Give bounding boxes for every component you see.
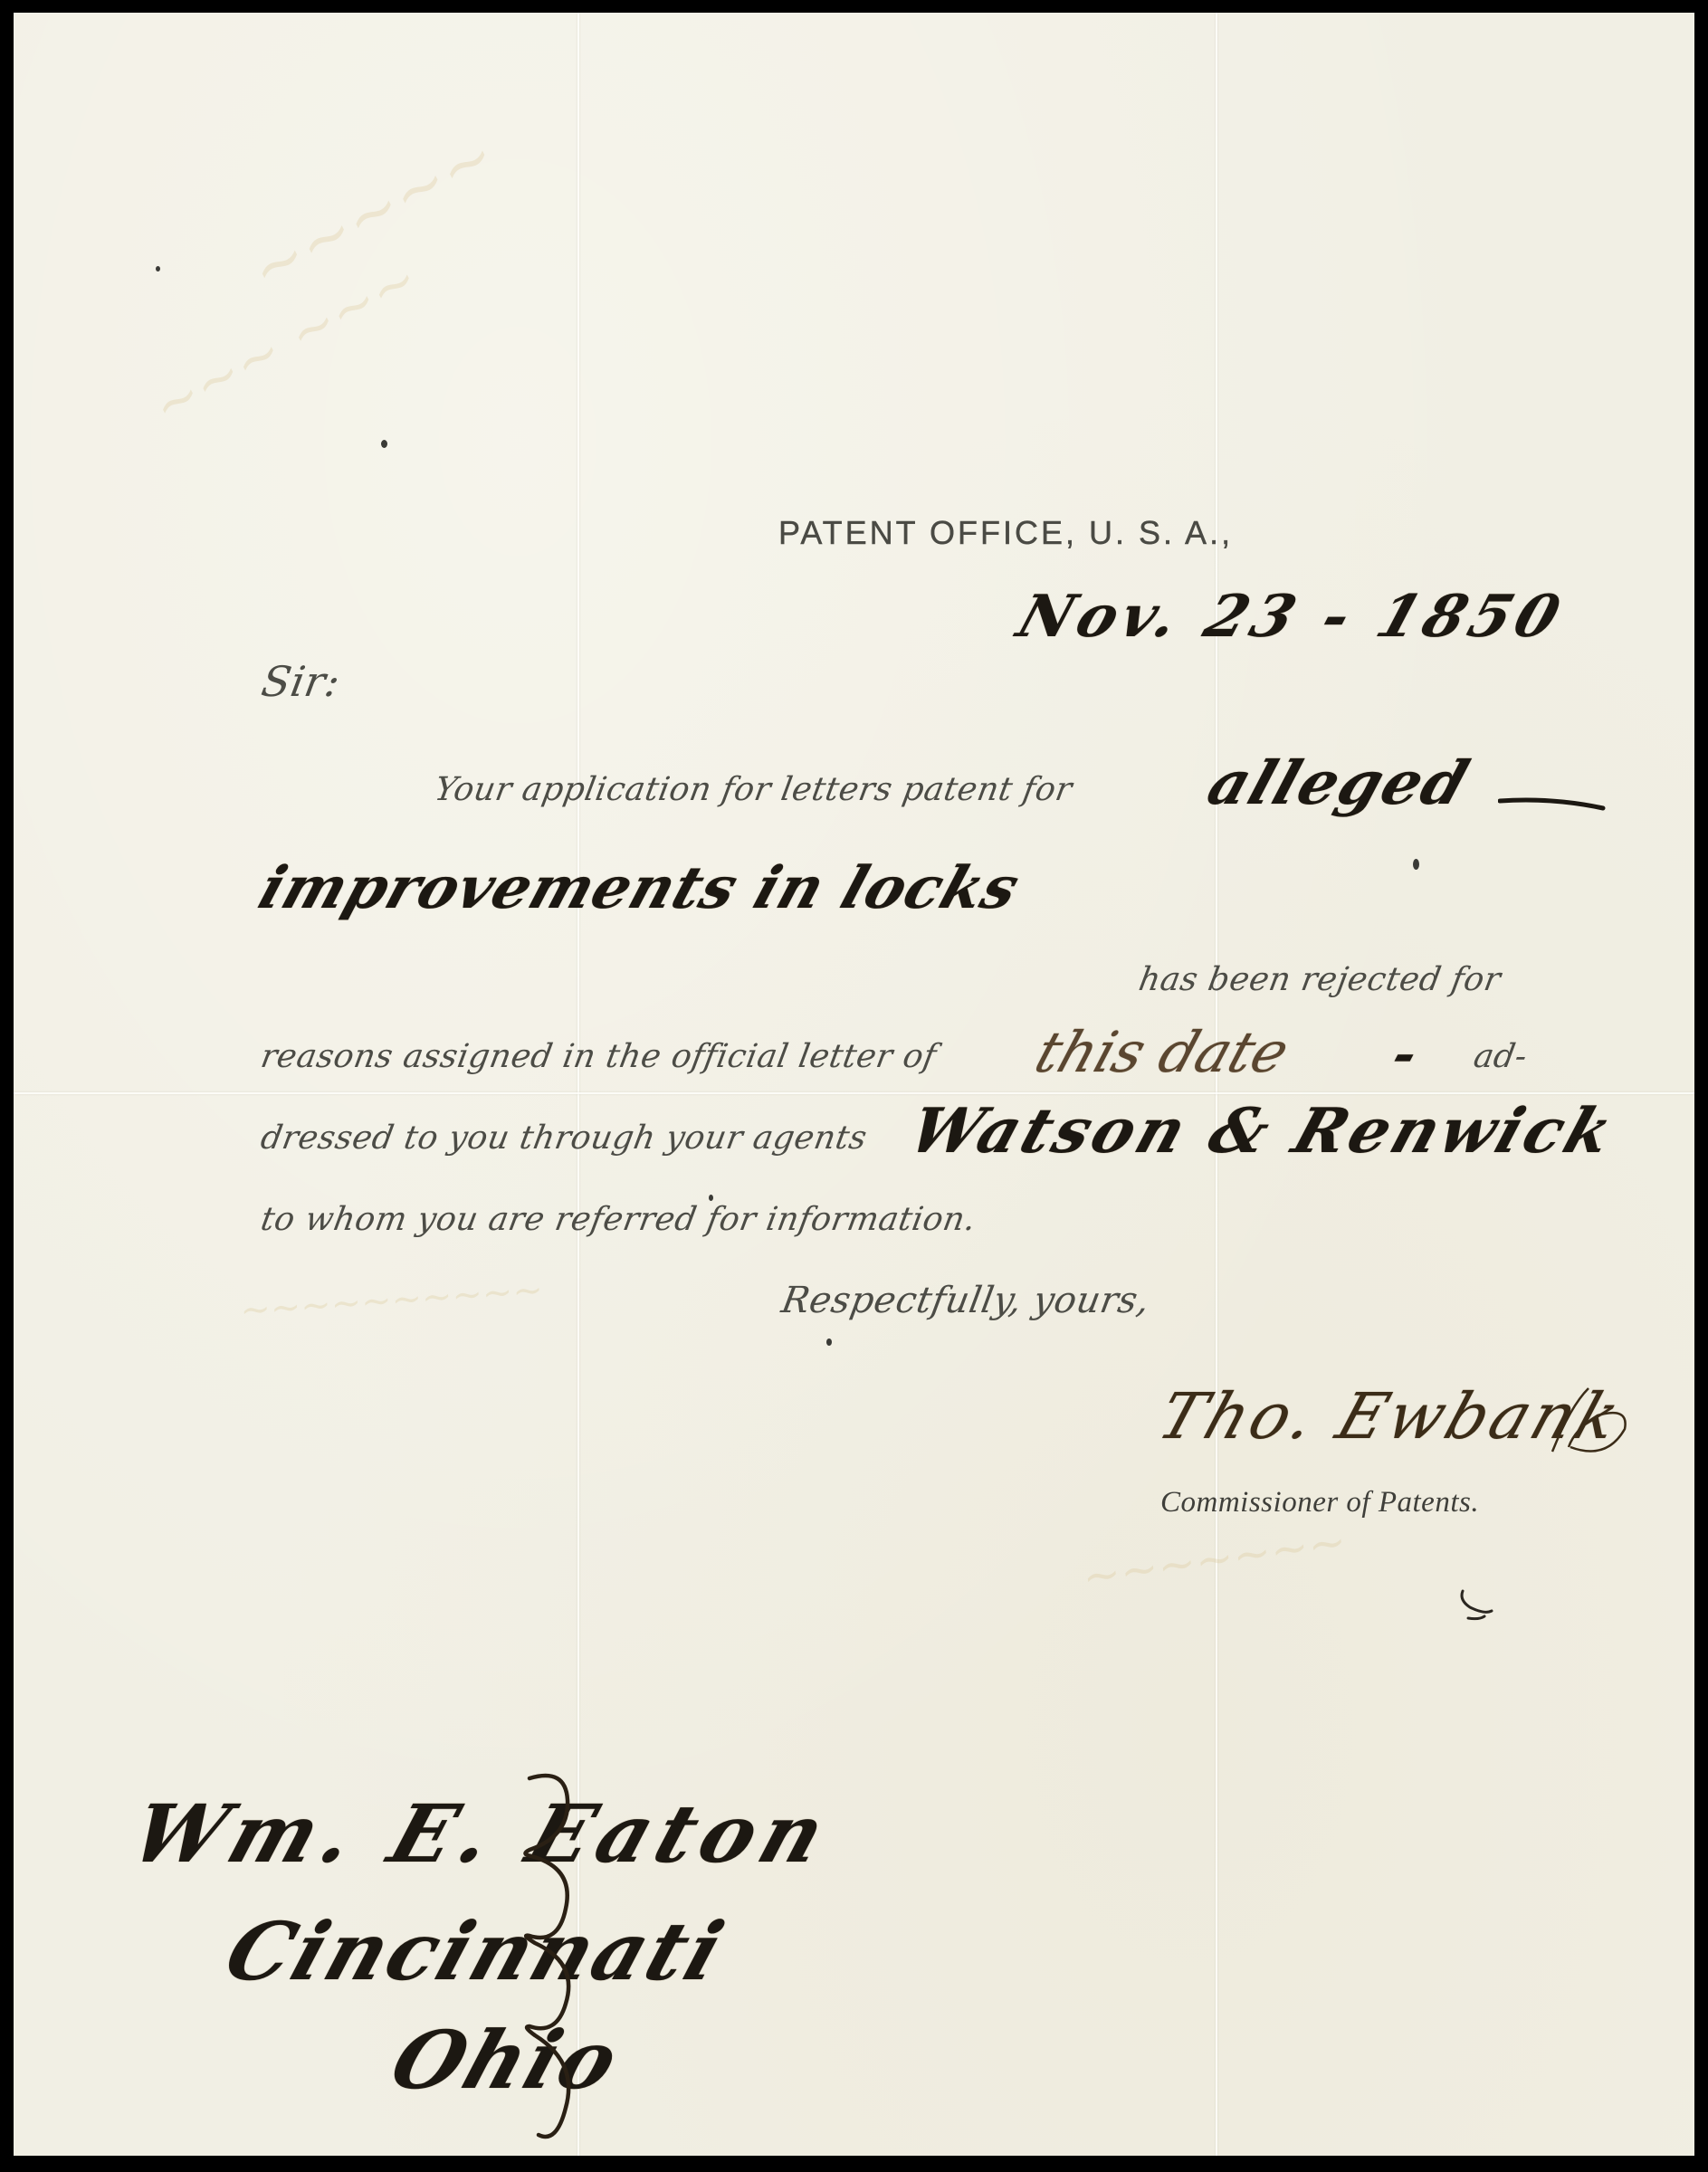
valediction: Respectfully, yours, [778, 1280, 1153, 1321]
bleed-through-mark: ~~~~~ [238, 118, 507, 308]
ink-speck [709, 1195, 713, 1201]
body-line4-handwritten: this date [1027, 1019, 1297, 1085]
body-line5-handwritten: Watson & Renwick [901, 1095, 1625, 1167]
ink-speck [1413, 859, 1419, 870]
ink-speck [826, 1338, 832, 1346]
signature-flourish [1543, 1379, 1643, 1461]
ink-speck [156, 266, 160, 271]
body-line4-printed-end: ad- [1471, 1038, 1530, 1075]
body-line3-printed: has been rejected for [1136, 961, 1503, 998]
pencil-mark [1457, 1587, 1497, 1624]
body-line1-printed: Your application for letters patent for [432, 771, 1075, 808]
handwritten-flourish [1498, 795, 1607, 814]
addressee-name: Wm. E. Eaton [120, 1786, 844, 1881]
body-line4-printed: reasons assigned in the official letter … [258, 1038, 940, 1075]
horizontal-fold [14, 1092, 1694, 1094]
bleed-through-mark: ~~~ ~~~ [142, 247, 428, 439]
bleed-through-mark: ~~~~~~~~~~ [239, 1269, 545, 1331]
body-line2-handwritten: improvements in locks [251, 854, 1028, 922]
addressee-city: Cincinnati [215, 1904, 737, 1998]
body-line4-dash: - [1385, 1024, 1426, 1084]
salutation: Sir: [258, 657, 344, 706]
letter-paper: ~~~~~ ~~~ ~~~ ~~~~~~~ ~~~~~~~~~~ PATENT … [14, 13, 1694, 2156]
body-line6-printed: to whom you are referred for information… [258, 1201, 978, 1238]
handwritten-date: Nov. 23 - 1850 [1009, 583, 1573, 651]
bleed-through-mark: ~~~~~~~ [1079, 1515, 1349, 1604]
commissioner-title: Commissioner of Patents. [1160, 1486, 1479, 1519]
body-line1-handwritten: alleged [1199, 748, 1479, 818]
body-line5-printed: dressed to you through your agents [258, 1119, 870, 1157]
letterhead-office: PATENT OFFICE, U. S. A., [778, 514, 1233, 552]
address-brace [502, 1764, 584, 2156]
ink-speck [381, 440, 387, 448]
